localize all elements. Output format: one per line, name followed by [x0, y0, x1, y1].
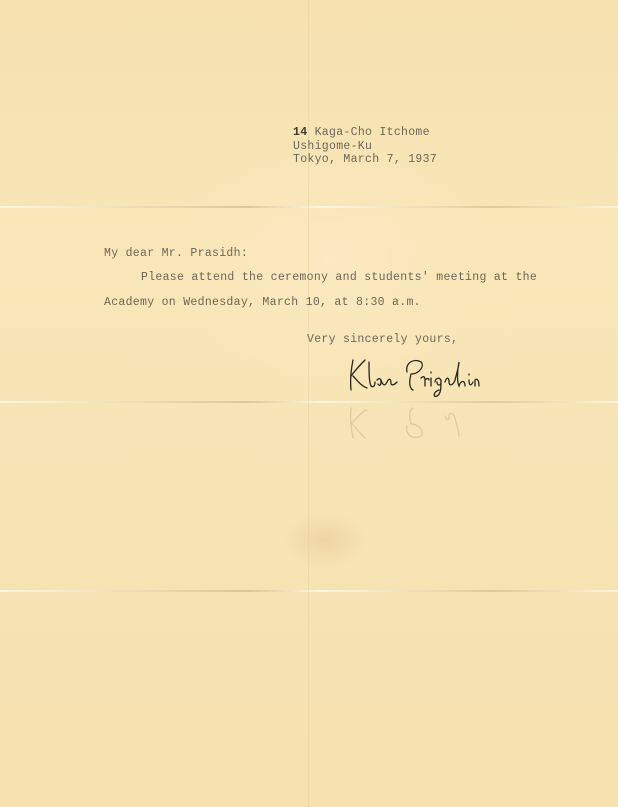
signature-icon [345, 352, 495, 400]
closing: Very sincerely yours, [307, 333, 458, 346]
fold-line-upper [0, 206, 618, 208]
address-line1: Kaga-Cho Itchome [307, 126, 429, 139]
address-number: 14 [293, 126, 307, 139]
fold-line-lower [0, 590, 618, 592]
date-line: Tokyo, March 7, 1937 [293, 153, 437, 166]
fold-line-middle [0, 401, 618, 403]
address-line2: Ushigome-Ku [293, 140, 372, 153]
body-line-2: Academy on Wednesday, March 10, at 8:30 … [104, 296, 421, 309]
salutation: My dear Mr. Prasidh: [104, 247, 248, 260]
body-line-1: Please attend the ceremony and students'… [141, 271, 537, 284]
fold-line-vertical [308, 0, 309, 807]
ink-offset-mark-icon [345, 400, 495, 446]
sender-address: 14 Kaga-Cho Itchome Ushigome-Ku Tokyo, M… [293, 126, 437, 167]
letter-page: 14 Kaga-Cho Itchome Ushigome-Ku Tokyo, M… [0, 0, 618, 807]
